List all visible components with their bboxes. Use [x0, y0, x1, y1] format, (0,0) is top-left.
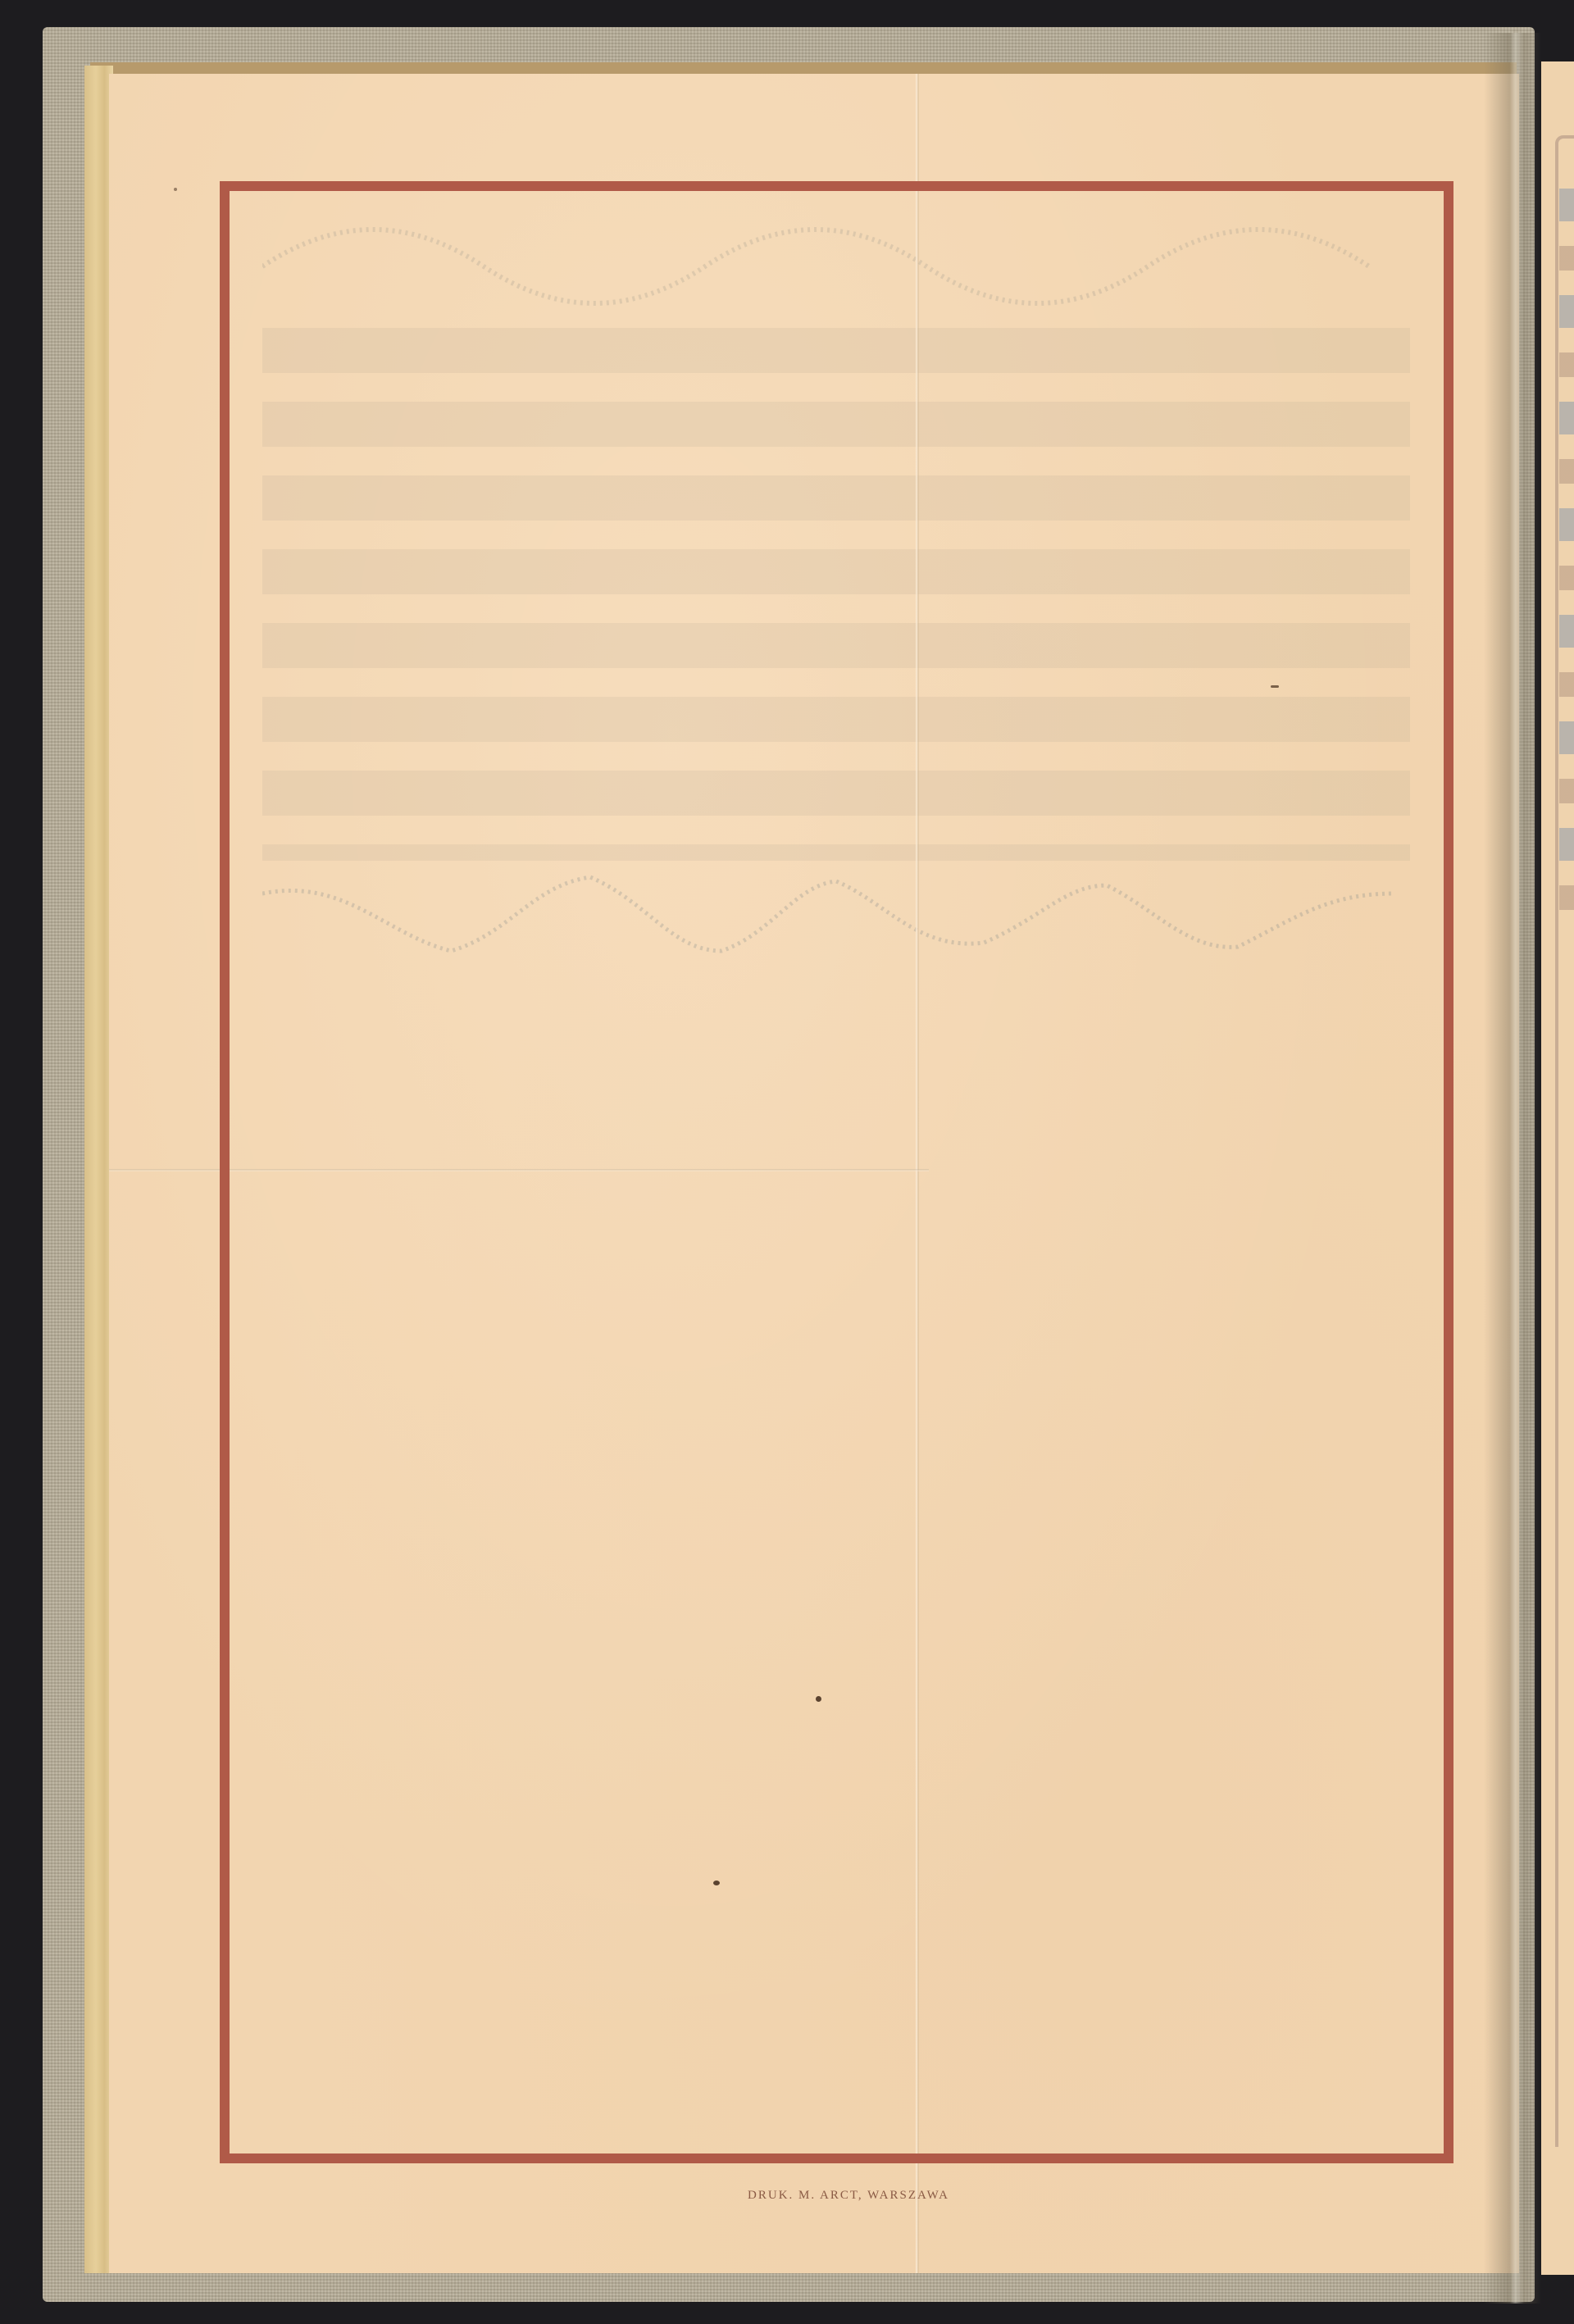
printer-imprint: DRUK. M. ARCT, WARSZAWA: [0, 2189, 1574, 2203]
binding-gutter: [1484, 33, 1541, 2304]
foxing-spot: [816, 1696, 821, 1702]
foxing-spot: [713, 1881, 720, 1885]
foxing-spot: [174, 188, 177, 191]
red-rule-border-frame: [220, 181, 1453, 2163]
adjacent-page-lettering: [1559, 189, 1574, 926]
foxing-spot: [1271, 685, 1279, 688]
page-top-edge: [90, 62, 1517, 74]
